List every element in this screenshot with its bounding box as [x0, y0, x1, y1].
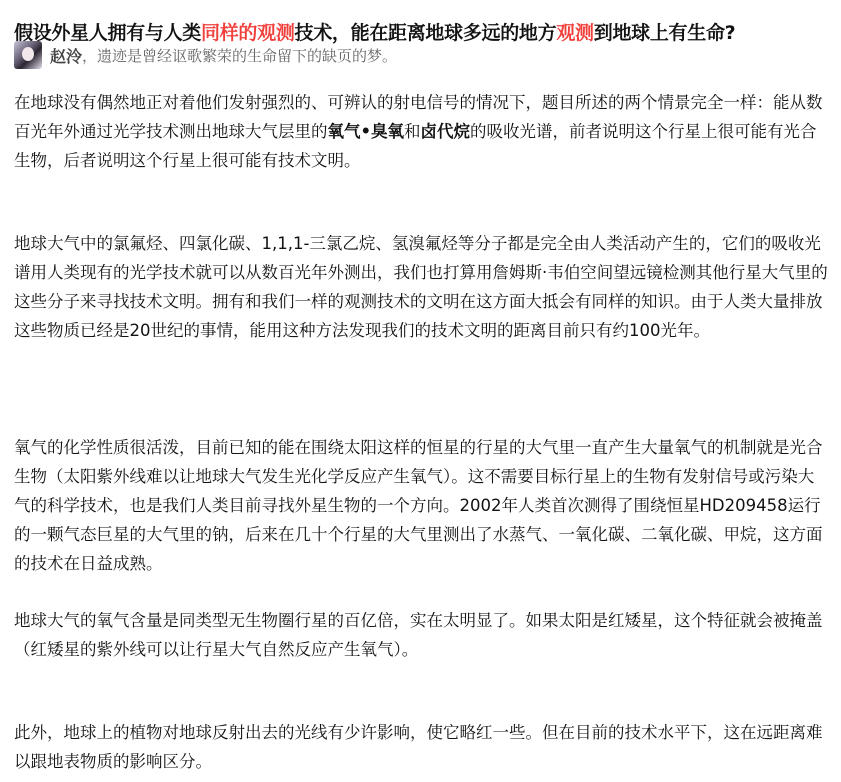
paragraph-text: 和 [404, 122, 421, 141]
paragraph: 在地球没有偶然地正对着他们发射强烈的、可辨认的射电信号的情况下，题目所述的两个情… [14, 88, 829, 175]
paragraph: 地球大气中的氯氟烃、四氯化碳、1,1,1-三氯乙烷、氢溴氟烃等分子都是完全由人类… [14, 229, 829, 345]
title-segment: 到地球上有生命? [594, 22, 736, 44]
avatar[interactable] [14, 41, 42, 69]
paragraph-text: 地球大气的氧气含量是同类型无生物圈行星的百亿倍，实在太明显了。如果太阳是红矮星，… [14, 611, 823, 659]
paragraph: 此外，地球上的植物对地球反射出去的光线有少许影响，使它略红一些。但在目前的技术水… [14, 718, 829, 776]
author-separator: ， [82, 45, 97, 66]
paragraph: 地球大气的氧气含量是同类型无生物圈行星的百亿倍，实在太明显了。如果太阳是红矮星，… [14, 606, 829, 664]
bold-term: 卤代烷 [421, 122, 471, 141]
bold-term: 氧气•臭氧 [328, 122, 405, 141]
paragraph-text: 地球大气中的氯氟烃、四氯化碳、1,1,1-三氯乙烷、氢溴氟烃等分子都是完全由人类… [14, 234, 828, 340]
paragraph-text: 此外，地球上的植物对地球反射出去的光线有少许影响，使它略红一些。但在目前的技术水… [14, 723, 823, 771]
author-info: 赵泠 ， 遗迹是曾经讴歌繁荣的生命留下的缺页的梦。 [14, 39, 397, 71]
author-name[interactable]: 赵泠 [50, 44, 82, 67]
author-bio: 遗迹是曾经讴歌繁荣的生命留下的缺页的梦。 [97, 45, 397, 66]
paragraph-text: 氧气的化学性质很活泼，目前已知的能在围绕太阳这样的恒星的行星的大气里一直产生大量… [14, 438, 823, 573]
title-highlight: 观测 [556, 22, 593, 44]
paragraph: 氧气的化学性质很活泼，目前已知的能在围绕太阳这样的恒星的行星的大气里一直产生大量… [14, 433, 829, 578]
